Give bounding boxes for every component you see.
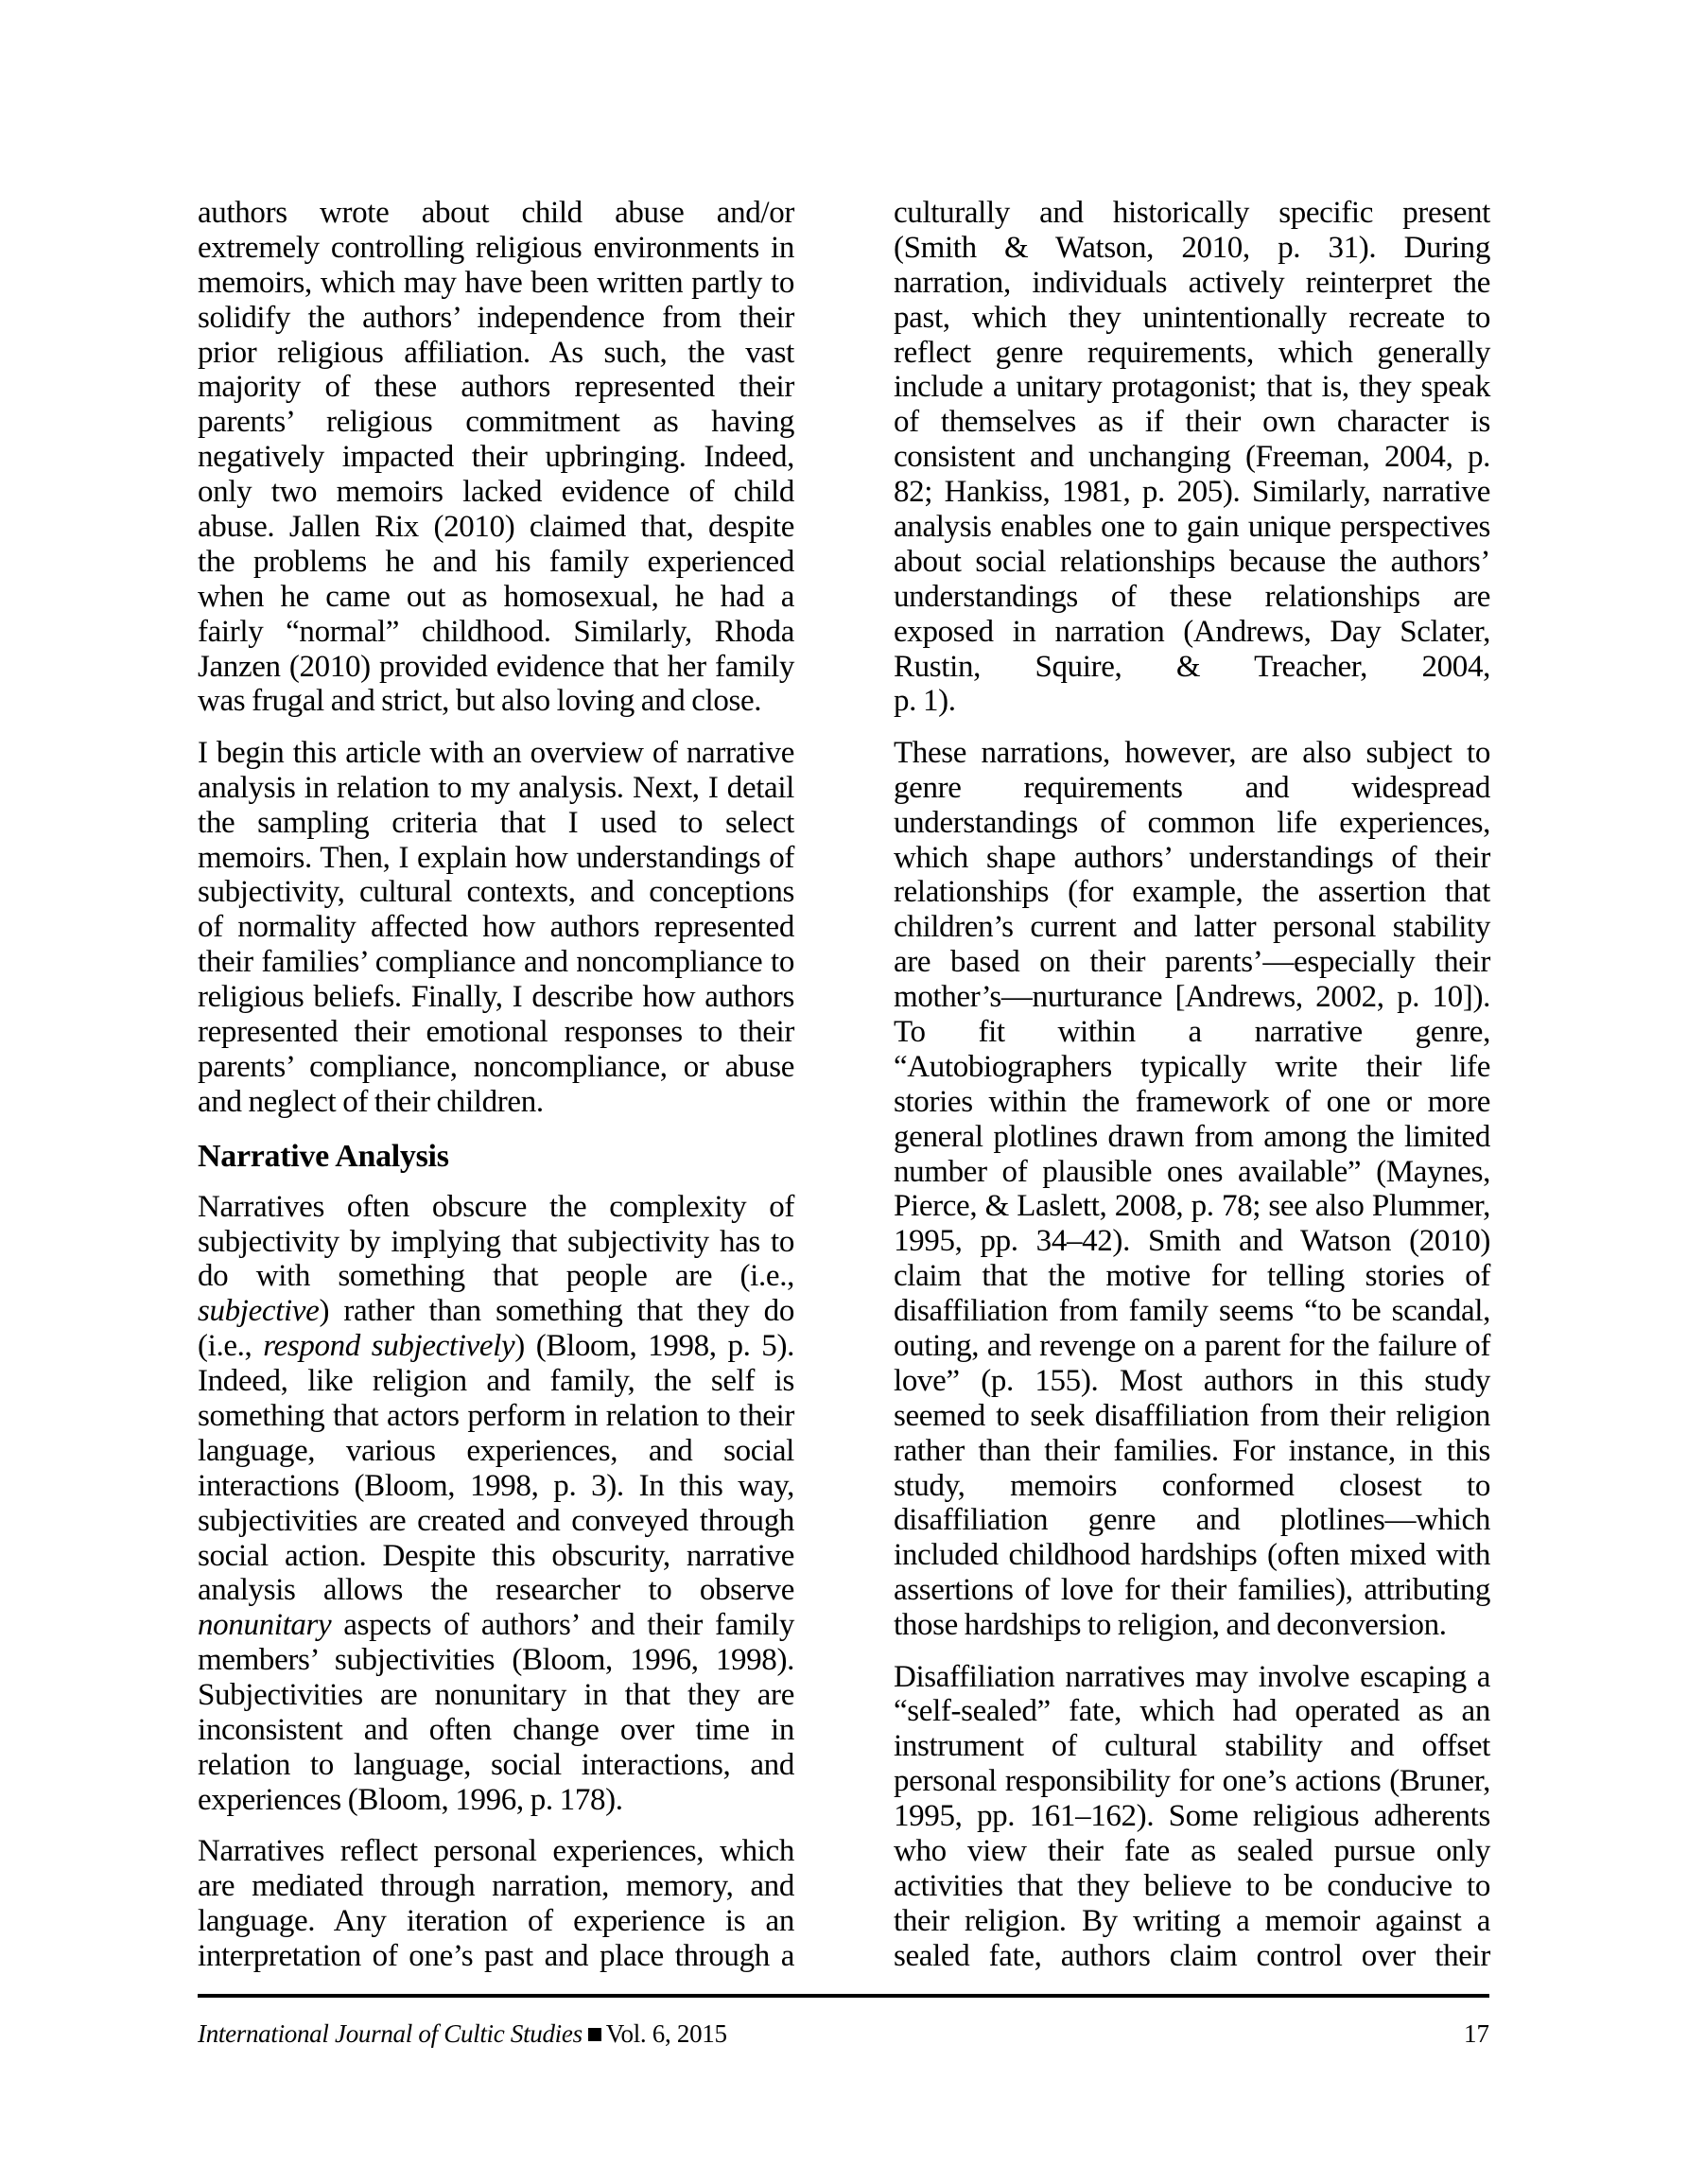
text-line: memoirs. Then, I explain how understandi…: [198, 841, 794, 876]
text-line: solidify the authors’ independence from …: [198, 301, 794, 336]
text-line: general plotlines drawn from among the l…: [894, 1120, 1490, 1155]
text-line: mother’s—nurturance [Andrews, 2002, p. 1…: [894, 980, 1490, 1015]
black-square-icon: [588, 2028, 601, 2041]
text-line: “Autobiographers typically write their l…: [894, 1050, 1490, 1085]
text-line: children’s current and latter personal s…: [894, 910, 1490, 945]
text-line: are based on their parents’—especially t…: [894, 945, 1490, 980]
text-line: reflect genre requirements, which genera…: [894, 336, 1490, 371]
text-line: something that actors perform in relatio…: [198, 1399, 794, 1434]
text-line: number of plausible ones available” (May…: [894, 1155, 1490, 1190]
text-line: I begin this article with an overview of…: [198, 736, 794, 771]
text-line: analysis enables one to gain unique pers…: [894, 510, 1490, 545]
text-line: subjective) rather than something that t…: [198, 1294, 794, 1329]
text-line: their religion. By writing a memoir agai…: [894, 1904, 1490, 1939]
paragraph: Disaffiliation narratives may involve es…: [894, 1660, 1490, 1974]
paragraph: culturally and historically specific pre…: [894, 196, 1490, 719]
text-line: of normality affected how authors repres…: [198, 910, 794, 945]
text-line: experiences (Bloom, 1996, p. 178).: [198, 1783, 794, 1818]
text-line: understandings of these relationships ar…: [894, 580, 1490, 615]
text-line: interactions (Bloom, 1998, p. 3). In thi…: [198, 1469, 794, 1504]
text-line: are mediated through narration, memory, …: [198, 1869, 794, 1904]
text-line: abuse. Jallen Rix (2010) claimed that, d…: [198, 510, 794, 545]
text-line: disaffiliation genre and plotlines—which: [894, 1503, 1490, 1538]
text-line: Narratives often obscure the complexity …: [198, 1190, 794, 1225]
text-line: interpretation of one’s past and place t…: [198, 1939, 794, 1974]
text-line: language. Any iteration of experience is…: [198, 1904, 794, 1939]
text-line: (i.e., respond subjectively) (Bloom, 199…: [198, 1329, 794, 1364]
footer-rule: [198, 1994, 1489, 1998]
italic-term: respond subjectively: [263, 1329, 514, 1363]
text-line: genre requirements and widespread: [894, 771, 1490, 806]
text-line: subjectivity, cultural contexts, and con…: [198, 875, 794, 910]
text-line: past, which they unintentionally recreat…: [894, 301, 1490, 336]
text-line: Narratives reflect personal experiences,…: [198, 1834, 794, 1869]
text-line: prior religious affiliation. As such, th…: [198, 336, 794, 371]
text-line: analysis allows the researcher to observ…: [198, 1573, 794, 1608]
text-line: do with something that people are (i.e.,: [198, 1259, 794, 1294]
text-line: 1995, pp. 161–162). Some religious adher…: [894, 1799, 1490, 1834]
text-line: who view their fate as sealed pursue onl…: [894, 1834, 1490, 1869]
text-line: members’ subjectivities (Bloom, 1996, 19…: [198, 1643, 794, 1678]
text-line: 82; Hankiss, 1981, p. 205). Similarly, n…: [894, 475, 1490, 510]
paragraph: I begin this article with an overview of…: [198, 736, 794, 1120]
text-line: These narrations, however, are also subj…: [894, 736, 1490, 771]
text-line: social action. Despite this obscurity, n…: [198, 1539, 794, 1574]
running-footer: International Journal of Cultic StudiesV…: [198, 2018, 727, 2049]
text-line: the problems he and his family experienc…: [198, 545, 794, 580]
text-line: To fit within a narrative genre,: [894, 1015, 1490, 1050]
text-line: represented their emotional responses to…: [198, 1015, 794, 1050]
text-line: stories within the framework of one or m…: [894, 1085, 1490, 1120]
text-line: assertions of love for their families), …: [894, 1573, 1490, 1608]
text-line: (Smith & Watson, 2010, p. 31). During: [894, 231, 1490, 266]
text-line: of themselves as if their own character …: [894, 405, 1490, 440]
text-run: ) rather than something that they do: [319, 1294, 794, 1328]
right-column: culturally and historically specific pre…: [894, 196, 1490, 1990]
text-line: subjectivities are created and conveyed …: [198, 1504, 794, 1539]
text-line: majority of these authors represented th…: [198, 370, 794, 405]
text-line: Janzen (2010) provided evidence that her…: [198, 650, 794, 685]
text-line: love” (p. 155). Most authors in this stu…: [894, 1364, 1490, 1399]
text-line: subjectivity by implying that subjectivi…: [198, 1225, 794, 1260]
text-line: relation to language, social interaction…: [198, 1748, 794, 1783]
text-line: activities that they believe to be condu…: [894, 1869, 1490, 1904]
text-line: which shape authors’ understandings of t…: [894, 841, 1490, 876]
text-line: Subjectivities are nonunitary in that th…: [198, 1678, 794, 1713]
text-line: extremely controlling religious environm…: [198, 231, 794, 266]
text-line: disaffiliation from family seems “to be …: [894, 1294, 1490, 1329]
italic-term: subjective: [198, 1294, 319, 1328]
text-line: relationships (for example, the assertio…: [894, 875, 1490, 910]
text-line: claim that the motive for telling storie…: [894, 1259, 1490, 1294]
text-line: Disaffiliation narratives may involve es…: [894, 1660, 1490, 1695]
text-line: Rustin, Squire, & Treacher, 2004,: [894, 650, 1490, 685]
text-line: about social relationships because the a…: [894, 545, 1490, 580]
paragraph: Narratives often obscure the complexity …: [198, 1190, 794, 1818]
text-line: study, memoirs conformed closest to: [894, 1469, 1490, 1504]
text-line: Pierce, & Laslett, 2008, p. 78; see also…: [894, 1189, 1490, 1224]
text-line: when he came out as homosexual, he had a: [198, 580, 794, 615]
text-line: Indeed, like religion and family, the se…: [198, 1364, 794, 1399]
text-line: “self-sealed” fate, which had operated a…: [894, 1694, 1490, 1729]
text-line: culturally and historically specific pre…: [894, 196, 1490, 231]
text-line: memoirs, which may have been written par…: [198, 266, 794, 301]
paragraph: authors wrote about child abuse and/or e…: [198, 196, 794, 719]
italic-term: nonunitary: [198, 1608, 331, 1642]
text-line: understandings of common life experience…: [894, 806, 1490, 841]
text-line: narration, individuals actively reinterp…: [894, 266, 1490, 301]
text-run: ) (Bloom, 1998, p. 5).: [514, 1329, 794, 1363]
text-line: parents’ compliance, noncompliance, or a…: [198, 1050, 794, 1085]
text-line: seemed to seek disaffiliation from their…: [894, 1399, 1490, 1434]
text-run: aspects of authors’ and their family: [331, 1608, 794, 1642]
text-line: parents’ religious commitment as having: [198, 405, 794, 440]
text-line: negatively impacted their upbringing. In…: [198, 440, 794, 475]
text-line: include a unitary protagonist; that is, …: [894, 370, 1490, 405]
page-number: 17: [1464, 2018, 1489, 2049]
left-column: authors wrote about child abuse and/or e…: [198, 196, 794, 1990]
text-line: their families’ compliance and noncompli…: [198, 945, 794, 980]
text-line: analysis in relation to my analysis. Nex…: [198, 771, 794, 806]
text-run: (i.e.,: [198, 1329, 263, 1363]
text-line: 1995, pp. 34–42). Smith and Watson (2010…: [894, 1224, 1490, 1259]
text-line: those hardships to religion, and deconve…: [894, 1608, 1490, 1643]
text-line: authors wrote about child abuse and/or: [198, 196, 794, 231]
text-line: consistent and unchanging (Freeman, 2004…: [894, 440, 1490, 475]
text-line: exposed in narration (Andrews, Day Sclat…: [894, 615, 1490, 650]
text-line: fairly “normal” childhood. Similarly, Rh…: [198, 615, 794, 650]
text-line: religious beliefs. Finally, I describe h…: [198, 980, 794, 1015]
text-line: nonunitary aspects of authors’ and their…: [198, 1608, 794, 1643]
text-line: inconsistent and often change over time …: [198, 1713, 794, 1748]
text-line: sealed fate, authors claim control over …: [894, 1939, 1490, 1974]
text-line: p. 1).: [894, 684, 1490, 719]
text-line: instrument of cultural stability and off…: [894, 1729, 1490, 1764]
text-line: and neglect of their children.: [198, 1085, 794, 1120]
text-line: was frugal and strict, but also loving a…: [198, 684, 794, 719]
volume-year: Vol. 6, 2015: [606, 2019, 727, 2048]
journal-title: International Journal of Cultic Studies: [198, 2019, 583, 2048]
text-line: included childhood hardships (often mixe…: [894, 1538, 1490, 1573]
text-line: outing, and revenge on a parent for the …: [894, 1329, 1490, 1364]
text-line: personal responsibility for one’s action…: [894, 1764, 1490, 1799]
text-line: only two memoirs lacked evidence of chil…: [198, 475, 794, 510]
paragraph: Narratives reflect personal experiences,…: [198, 1834, 794, 1974]
text-line: rather than their families. For instance…: [894, 1434, 1490, 1469]
section-heading: Narrative Analysis: [198, 1138, 794, 1176]
paragraph: These narrations, however, are also subj…: [894, 736, 1490, 1643]
text-line: the sampling criteria that I used to sel…: [198, 806, 794, 841]
text-line: language, various experiences, and socia…: [198, 1434, 794, 1469]
